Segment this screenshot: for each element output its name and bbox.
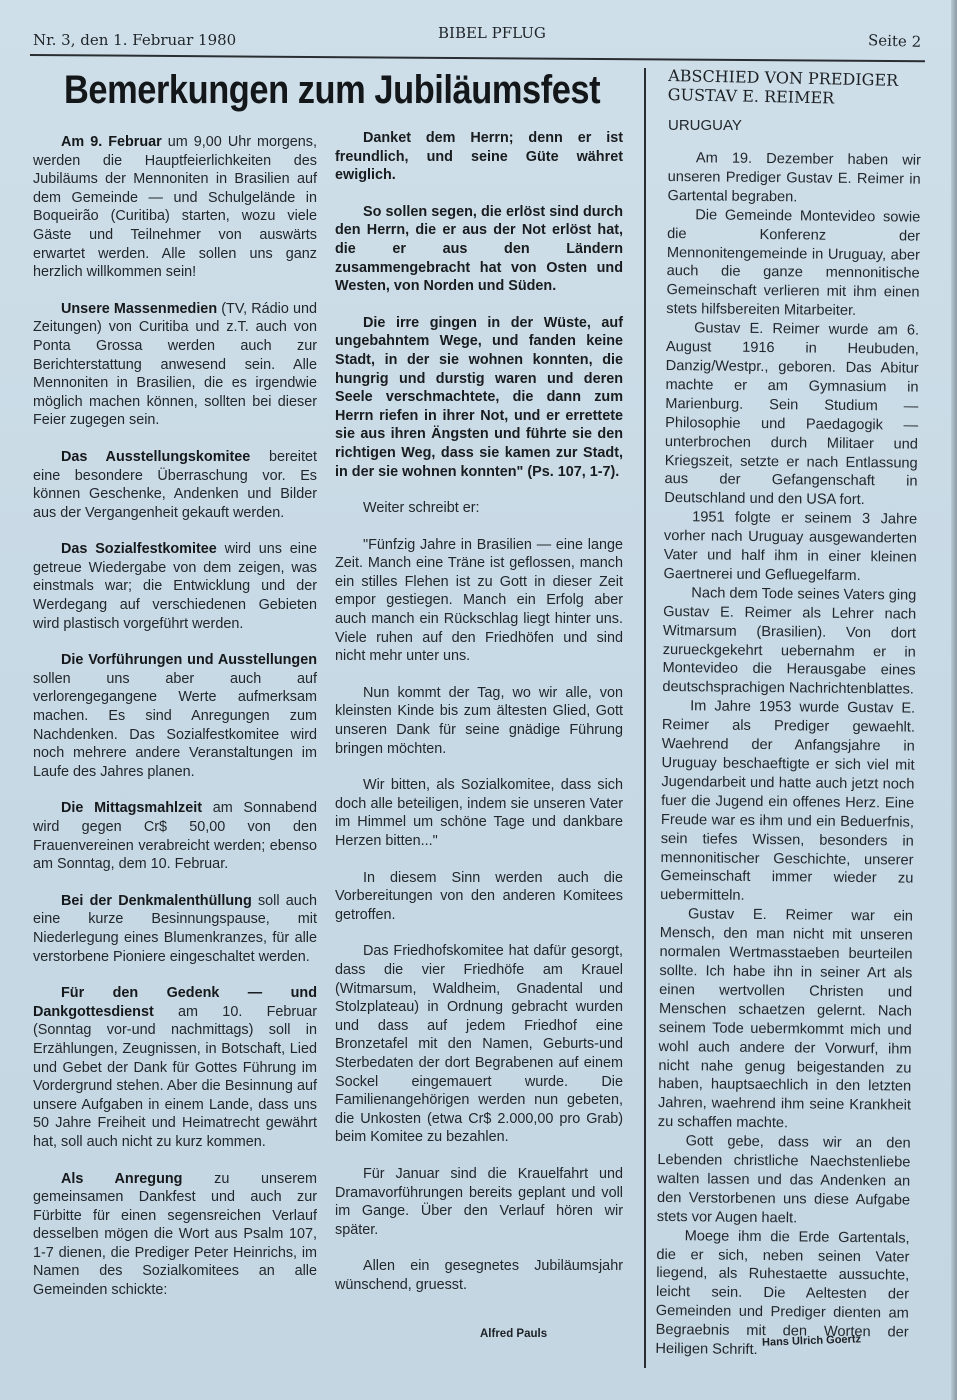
page-number: Seite 2 <box>868 31 922 51</box>
publication-title: BIBEL PFLUG <box>438 24 546 42</box>
obituary-location: URUGUAY <box>668 117 742 134</box>
paragraph: Am 9. Februar um 9,00 Uhr morgens, werde… <box>33 133 317 282</box>
paragraph-lead: Das Sozialfestkomitee <box>61 541 217 557</box>
letter-text: Weiter schreibt er:"Fünfzig Jahre in Bra… <box>335 499 623 1294</box>
paragraph: Danket dem Herrn; denn er ist freundlich… <box>335 129 623 185</box>
paragraph-lead: Bei der Denkmalenthüllung <box>61 893 252 909</box>
paragraph-lead: Die Vorführungen und Ausstellungen <box>61 652 317 668</box>
article1-column1: Am 9. Februar um 9,00 Uhr morgens, werde… <box>33 133 317 1318</box>
paragraph-lead: Die Mittagsmahlzeit <box>61 800 202 816</box>
page-edge <box>951 0 957 1400</box>
paragraph-lead: Das Ausstellungskomitee <box>61 449 250 465</box>
paragraph: Für Januar sind die Krauelfahrt und Dram… <box>335 1165 623 1239</box>
paragraph: 1951 folgte er seinem 3 Jahre vorher nac… <box>663 508 917 586</box>
paragraph: Unsere Massenmedien (TV, Rádio und Zeitu… <box>33 300 317 430</box>
paragraph: So sollen segen, die erlöst sind durch d… <box>335 203 623 296</box>
paragraph: Die irre gingen in der Wüste, auf ungeba… <box>335 314 623 481</box>
obituary-text: Am 19. Dezember haben wir unseren Predig… <box>655 149 921 1362</box>
paragraph: Weiter schreibt er: <box>335 499 623 518</box>
paragraph: Gustav E. Reimer wurde am 6. August 1916… <box>664 319 919 511</box>
paragraph-lead: Als Anregung <box>61 1171 182 1187</box>
paragraph: Gustav E. Reimer war ein Mensch, den man… <box>658 905 913 1135</box>
paragraph: Bei der Denkmalenthüllung soll auch eine… <box>33 892 317 966</box>
paragraph: Nach dem Tode seines Vaters ging Gustav … <box>662 584 916 700</box>
paragraph: Die Gemeinde Montevideo sowie die Konfer… <box>666 206 920 322</box>
paragraph: Das Sozialfestkomitee wird uns eine getr… <box>33 540 317 633</box>
paragraph: Als Anregung zu unserem gemeinsamen Dank… <box>33 1170 317 1300</box>
newspaper-page: Nr. 3, den 1. Februar 1980 BIBEL PFLUG S… <box>0 0 957 1400</box>
paragraph: Wir bitten, als Sozialkomitee, dass sich… <box>335 776 623 850</box>
paragraph-lead: Am 9. Februar <box>61 134 162 150</box>
paragraph: Allen ein gesegnetes Jubiläumsjahr wünsc… <box>335 1257 623 1294</box>
paragraph: Am 19. Dezember haben wir unseren Predig… <box>667 149 921 208</box>
paragraph: Gott gebe, dass wir an den Lebenden chri… <box>657 1132 911 1229</box>
paragraph: Nun kommt der Tag, wo wir alle, von klei… <box>335 684 623 758</box>
paragraph: Für den Gedenk — und Dankgottesdienst am… <box>33 984 317 1151</box>
paragraph: In diesem Sinn werden auch die Vorbereit… <box>335 869 623 925</box>
obituary-headline: ABSCHIED VON PREDIGER GUSTAV E. REIMER <box>668 66 899 109</box>
paragraph: "Fünfzig Jahre in Brasilien — eine lange… <box>335 536 623 666</box>
paragraph: Die Mittagsmahlzeit am Sonnabend wird ge… <box>33 799 317 873</box>
article-headline: Bemerkungen zum Jubiläumsfest <box>64 68 546 113</box>
column-divider <box>644 68 646 1368</box>
paragraph: Die Vorführungen und Ausstellungen solle… <box>33 651 317 781</box>
article1-column2: Danket dem Herrn; denn er ist freundlich… <box>335 129 623 1312</box>
paragraph-lead: Unsere Massenmedien <box>61 301 217 317</box>
psalm-quote: Danket dem Herrn; denn er ist freundlich… <box>335 129 623 481</box>
paragraph: Das Ausstellungskomitee bereitet eine be… <box>33 448 317 522</box>
paragraph: Im Jahre 1953 wurde Gustav E. Reimer als… <box>660 697 915 908</box>
issue-date: Nr. 3, den 1. Februar 1980 <box>33 31 236 49</box>
header-rule <box>30 54 925 62</box>
paragraph-lead: Für den Gedenk — und Dankgottesdienst <box>33 985 317 1020</box>
paragraph: Das Friedhofskomitee hat dafür gesorgt, … <box>335 942 623 1147</box>
article1-author: Alfred Pauls <box>480 1328 547 1340</box>
